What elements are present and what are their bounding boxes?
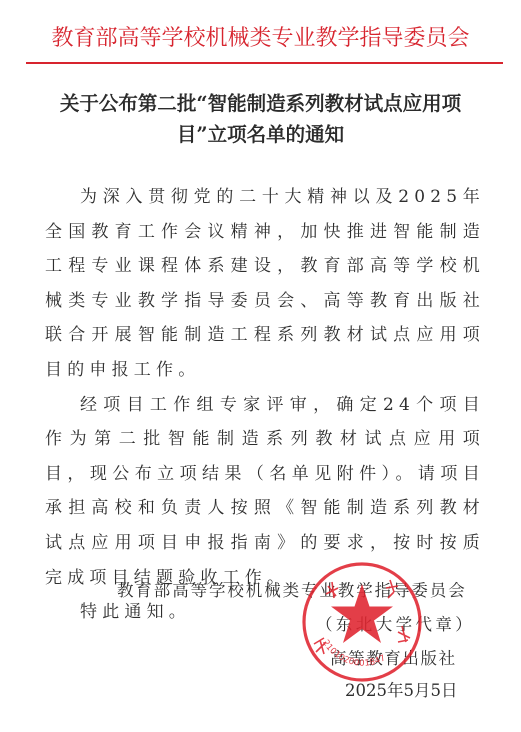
document-title: 关于公布第二批“智能制造系列教材试点应用项 目”立项名单的通知 xyxy=(0,88,521,150)
document-title-line-2: 目”立项名单的通知 xyxy=(0,119,521,150)
svg-text:2101020001847: 2101020001847 xyxy=(320,638,387,668)
official-seal-stamp: 2101020001847 xyxy=(298,558,428,688)
star-icon xyxy=(331,584,393,643)
letterhead-org-name: 教育部高等学校机械类专业教学指导委员会 xyxy=(0,24,521,54)
letterhead-divider xyxy=(26,62,503,64)
document-title-line-1: 关于公布第二批“智能制造系列教材试点应用项 xyxy=(0,88,521,119)
body-paragraph-1: 为深入贯彻党的二十大精神以及2025年全国教育工作会议精神，加快推进智能制造工程… xyxy=(45,180,485,388)
stamp-serial: 2101020001847 xyxy=(320,638,387,668)
